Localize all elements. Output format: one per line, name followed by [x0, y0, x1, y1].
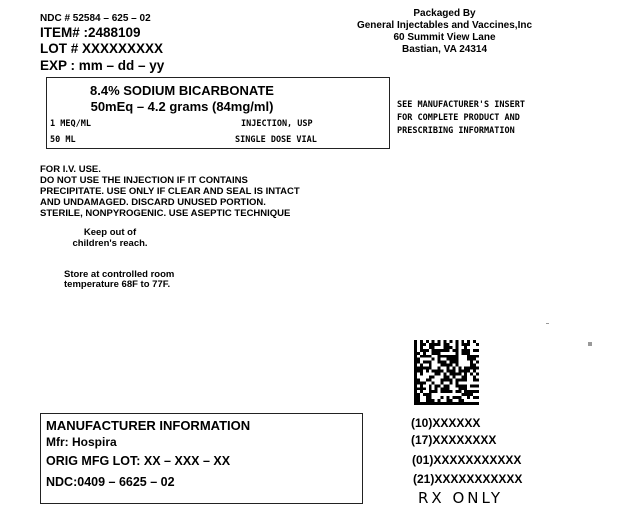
keep-out-of-reach: Keep out of children's reach.: [60, 227, 160, 249]
insert-note-line: FOR COMPLETE PRODUCT AND: [397, 112, 525, 125]
manufacturer-ndc: NDC:0409 – 6625 – 02: [46, 475, 175, 489]
gs1-batch: (10)XXXXXX: [411, 416, 480, 430]
ndc-number: NDC # 52584 – 625 – 02: [40, 13, 151, 24]
packager-heading: Packaged By: [322, 8, 567, 20]
lot-number: LOT # XXXXXXXXX: [40, 41, 163, 56]
product-strength: 50mEq – 4.2 grams (84mg/ml): [47, 99, 317, 114]
datamatrix-barcode-icon: [413, 340, 480, 405]
warning-line: AND UNDAMAGED. DISCARD UNUSED PORTION.: [40, 197, 300, 208]
warning-line: STERILE, NONPYROGENIC. USE ASEPTIC TECHN…: [40, 208, 300, 219]
manufacturer-title: MANUFACTURER INFORMATION: [46, 418, 250, 433]
product-form: INJECTION, USP: [241, 119, 313, 129]
manufacturer-name: Mfr: Hospira: [46, 435, 117, 449]
usage-warnings: FOR I.V. USE. DO NOT USE THE INJECTION I…: [40, 164, 300, 219]
product-name: 8.4% SODIUM BICARBONATE: [47, 83, 317, 98]
warning-line: FOR I.V. USE.: [40, 164, 300, 175]
product-concentration: 1 MEQ/ML: [50, 119, 91, 129]
keep-out-line: Keep out of: [60, 227, 160, 238]
scan-speck: [588, 342, 592, 346]
expiration-date: EXP : mm – dd – yy: [40, 58, 164, 73]
insert-note: SEE MANUFACTURER'S INSERT FOR COMPLETE P…: [397, 99, 525, 138]
insert-note-line: SEE MANUFACTURER'S INSERT: [397, 99, 525, 112]
item-number: ITEM# :2488109: [40, 25, 141, 40]
insert-note-line: PRESCRIBING INFORMATION: [397, 125, 525, 138]
product-container: SINGLE DOSE VIAL: [235, 135, 317, 145]
warning-line: DO NOT USE THE INJECTION IF IT CONTAINS: [40, 175, 300, 186]
manufacturer-box: MANUFACTURER INFORMATION Mfr: Hospira OR…: [40, 413, 363, 504]
gs1-expiry: (17)XXXXXXXX: [411, 433, 496, 447]
packager-city: Bastian, VA 24314: [322, 44, 567, 56]
packager-street: 60 Summit View Lane: [322, 32, 567, 44]
gs1-serial: (21)XXXXXXXXXXX: [413, 472, 522, 486]
manufacturer-lot: ORIG MFG LOT: XX – XXX – XX: [46, 454, 230, 468]
keep-out-line: children's reach.: [60, 238, 160, 249]
storage-instructions: Store at controlled room temperature 68F…: [64, 270, 174, 290]
storage-line: temperature 68F to 77F.: [64, 280, 174, 290]
scan-speck: [546, 323, 549, 324]
product-box: 8.4% SODIUM BICARBONATE 50mEq – 4.2 gram…: [46, 77, 390, 149]
rx-only: RX ONLY: [418, 489, 503, 507]
product-volume: 50 ML: [50, 135, 76, 145]
gs1-gtin: (01)XXXXXXXXXXX: [412, 453, 521, 467]
packager-company: General Injectables and Vaccines,Inc: [322, 20, 567, 32]
warning-line: PRECIPITATE. USE ONLY IF CLEAR AND SEAL …: [40, 186, 300, 197]
packager-info: Packaged By General Injectables and Vacc…: [322, 8, 567, 56]
